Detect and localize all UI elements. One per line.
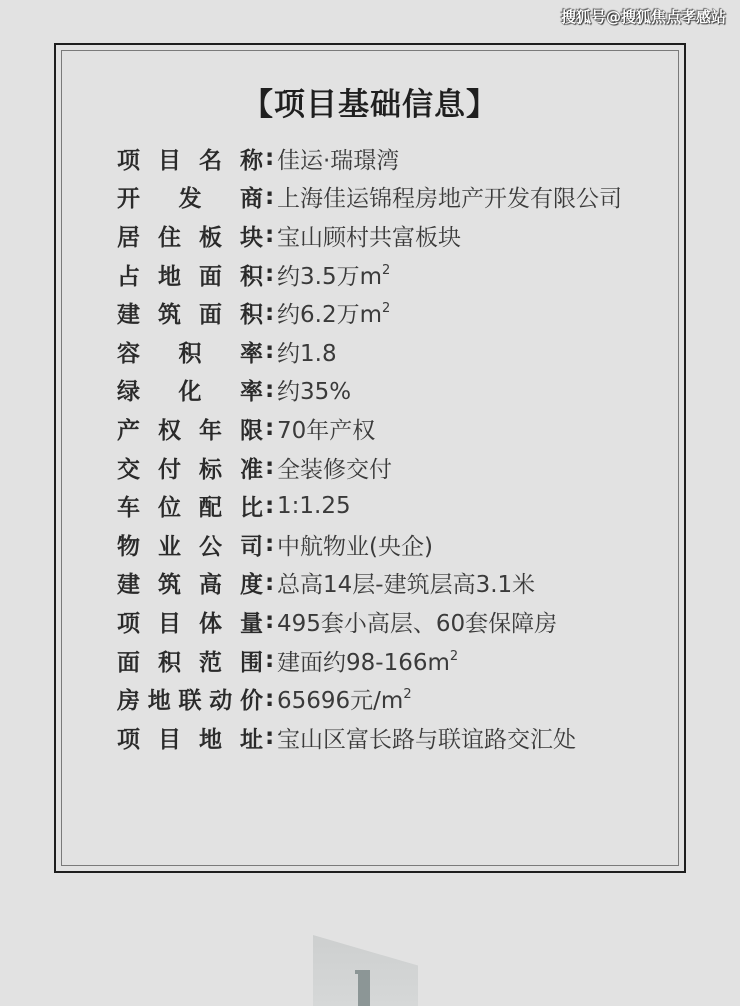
- info-label: 项目名称: [117, 142, 263, 175]
- superscript: 2: [403, 687, 411, 702]
- info-label: 车位配比: [117, 489, 263, 522]
- label-colon: :: [265, 300, 273, 326]
- value-text: 总高14层-建筑层高3.1米: [277, 572, 535, 598]
- label-char: 称: [240, 142, 263, 175]
- label-char: 比: [240, 489, 263, 522]
- label-char: 限: [240, 412, 263, 445]
- label-char: 价: [240, 682, 263, 715]
- label-char: 筑: [158, 566, 181, 599]
- info-label: 容积率: [117, 335, 263, 368]
- label-char: 联: [179, 682, 202, 715]
- label-char: 面: [117, 644, 140, 677]
- label-char: 车: [117, 489, 140, 522]
- label-char: 地: [158, 258, 181, 291]
- info-row: 项目体量:495套小高层、60套保障房: [117, 602, 622, 641]
- label-char: 积: [179, 335, 202, 368]
- value-text: 建面约98-166m: [277, 650, 450, 676]
- info-label: 建筑高度: [117, 566, 263, 599]
- label-char: 房: [117, 682, 140, 715]
- label-colon: :: [265, 222, 273, 248]
- label-char: 地: [148, 682, 171, 715]
- info-value: 495套小高层、60套保障房: [277, 605, 557, 638]
- label-char: 率: [240, 373, 263, 406]
- value-text: 宝山区富长路与联谊路交汇处: [277, 727, 576, 753]
- label-colon: :: [265, 261, 273, 287]
- info-value: 宝山区富长路与联谊路交汇处: [277, 721, 576, 754]
- label-colon: :: [265, 415, 273, 441]
- label-colon: :: [265, 377, 273, 403]
- value-text: 495套小高层、60套保障房: [277, 611, 557, 637]
- label-colon: :: [265, 608, 273, 634]
- value-text: 宝山顾村共富板块: [277, 225, 461, 251]
- label-char: 项: [117, 605, 140, 638]
- label-char: 容: [117, 335, 140, 368]
- label-char: 准: [240, 451, 263, 484]
- label-colon: :: [265, 454, 273, 480]
- label-char: 项: [117, 721, 140, 754]
- info-value: 上海佳运锦程房地产开发有限公司: [277, 180, 622, 213]
- label-char: 业: [158, 528, 181, 561]
- info-row: 占地面积:约3.5万m2: [117, 255, 622, 294]
- label-char: 住: [158, 219, 181, 252]
- label-char: 发: [179, 180, 202, 213]
- info-value: 总高14层-建筑层高3.1米: [277, 566, 535, 599]
- label-char: 公: [199, 528, 222, 561]
- superscript: 2: [382, 301, 390, 316]
- info-row: 建筑面积:约6.2万m2: [117, 293, 622, 332]
- value-text: 佳运·瑞璟湾: [277, 148, 399, 174]
- info-label: 交付标准: [117, 451, 263, 484]
- value-text: 1:1.25: [277, 493, 351, 519]
- info-label: 面积范围: [117, 644, 263, 677]
- label-char: 建: [117, 296, 140, 329]
- label-char: 司: [240, 528, 263, 561]
- info-label: 居住板块: [117, 219, 263, 252]
- info-row: 交付标准:全装修交付: [117, 448, 622, 487]
- info-list: 项目名称:佳运·瑞璟湾开发商:上海佳运锦程房地产开发有限公司居住板块:宝山顾村共…: [117, 139, 622, 757]
- value-text: 约35%: [277, 379, 351, 405]
- label-char: 占: [117, 258, 140, 291]
- info-value: 65696元/m2: [277, 682, 412, 715]
- label-char: 产: [117, 412, 140, 445]
- value-text: 上海佳运锦程房地产开发有限公司: [277, 186, 622, 212]
- value-text: 约6.2万m: [277, 302, 382, 328]
- label-colon: :: [265, 570, 273, 596]
- info-row: 产权年限:70年产权: [117, 409, 622, 448]
- label-char: 动: [209, 682, 232, 715]
- info-value: 约6.2万m2: [277, 296, 390, 329]
- info-value: 全装修交付: [277, 451, 392, 484]
- info-row: 居住板块:宝山顾村共富板块: [117, 216, 622, 255]
- superscript: 2: [450, 649, 458, 664]
- label-char: 目: [158, 605, 181, 638]
- label-colon: :: [265, 724, 273, 750]
- info-value: 佳运·瑞璟湾: [277, 142, 399, 175]
- info-row: 绿化率:约35%: [117, 371, 622, 410]
- label-char: 交: [117, 451, 140, 484]
- label-char: 范: [199, 644, 222, 677]
- numeral-one-icon: [358, 970, 370, 1006]
- value-text: 中航物业(央企): [277, 534, 433, 560]
- label-char: 标: [199, 451, 222, 484]
- label-char: 物: [117, 528, 140, 561]
- watermark: 搜狐号@搜狐焦点孝感站: [561, 6, 726, 27]
- label-char: 居: [117, 219, 140, 252]
- info-label: 房地联动价: [117, 682, 263, 715]
- value-text: 约3.5万m: [277, 264, 382, 290]
- label-colon: :: [265, 184, 273, 210]
- label-colon: :: [265, 493, 273, 519]
- info-value: 约3.5万m2: [277, 258, 390, 291]
- label-char: 筑: [158, 296, 181, 329]
- info-row: 开发商:上海佳运锦程房地产开发有限公司: [117, 178, 622, 217]
- label-char: 体: [199, 605, 222, 638]
- info-label: 占地面积: [117, 258, 263, 291]
- label-char: 权: [158, 412, 181, 445]
- info-row: 房地联动价:65696元/m2: [117, 679, 622, 718]
- label-char: 积: [158, 644, 181, 677]
- label-char: 商: [240, 180, 263, 213]
- value-text: 70年产权: [277, 418, 375, 444]
- info-row: 建筑高度:总高14层-建筑层高3.1米: [117, 564, 622, 603]
- label-colon: :: [265, 647, 273, 673]
- label-char: 积: [240, 296, 263, 329]
- label-char: 目: [158, 721, 181, 754]
- label-char: 板: [199, 219, 222, 252]
- info-row: 项目名称:佳运·瑞璟湾: [117, 139, 622, 178]
- label-colon: :: [265, 145, 273, 171]
- label-char: 建: [117, 566, 140, 599]
- info-row: 车位配比:1:1.25: [117, 486, 622, 525]
- label-char: 付: [158, 451, 181, 484]
- value-text: 全装修交付: [277, 457, 392, 483]
- label-char: 开: [117, 180, 140, 213]
- info-value: 70年产权: [277, 412, 375, 445]
- label-char: 年: [199, 412, 222, 445]
- label-char: 积: [240, 258, 263, 291]
- label-char: 度: [240, 566, 263, 599]
- info-label: 项目地址: [117, 721, 263, 754]
- label-char: 配: [199, 489, 222, 522]
- info-label: 绿化率: [117, 373, 263, 406]
- info-label: 产权年限: [117, 412, 263, 445]
- label-colon: :: [265, 686, 273, 712]
- info-value: 建面约98-166m2: [277, 644, 458, 677]
- label-char: 量: [240, 605, 263, 638]
- label-char: 高: [199, 566, 222, 599]
- info-row: 容积率:约1.8: [117, 332, 622, 371]
- info-value: 中航物业(央企): [277, 528, 433, 561]
- label-char: 面: [199, 258, 222, 291]
- label-char: 块: [240, 219, 263, 252]
- label-char: 址: [240, 721, 263, 754]
- info-value: 约35%: [277, 373, 351, 406]
- info-label: 建筑面积: [117, 296, 263, 329]
- info-label: 开发商: [117, 180, 263, 213]
- label-char: 目: [158, 142, 181, 175]
- info-card: 【项目基础信息】 项目名称:佳运·瑞璟湾开发商:上海佳运锦程房地产开发有限公司居…: [54, 43, 686, 873]
- info-value: 1:1.25: [277, 493, 351, 519]
- label-char: 地: [199, 721, 222, 754]
- value-text: 65696元/m: [277, 688, 403, 714]
- label-char: 化: [179, 373, 202, 406]
- label-char: 面: [199, 296, 222, 329]
- label-char: 围: [240, 644, 263, 677]
- info-value: 约1.8: [277, 335, 337, 368]
- info-label: 项目体量: [117, 605, 263, 638]
- info-row: 项目地址:宝山区富长路与联谊路交汇处: [117, 718, 622, 757]
- info-label: 物业公司: [117, 528, 263, 561]
- label-char: 名: [199, 142, 222, 175]
- info-value: 宝山顾村共富板块: [277, 219, 461, 252]
- decorative-building-graphic: [313, 935, 418, 1006]
- label-colon: :: [265, 338, 273, 364]
- label-char: 率: [240, 335, 263, 368]
- label-colon: :: [265, 531, 273, 557]
- info-row: 面积范围:建面约98-166m2: [117, 641, 622, 680]
- label-char: 项: [117, 142, 140, 175]
- value-text: 约1.8: [277, 341, 337, 367]
- label-char: 绿: [117, 373, 140, 406]
- card-title: 【项目基础信息】: [56, 79, 684, 124]
- info-row: 物业公司:中航物业(央企): [117, 525, 622, 564]
- superscript: 2: [382, 263, 390, 278]
- label-char: 位: [158, 489, 181, 522]
